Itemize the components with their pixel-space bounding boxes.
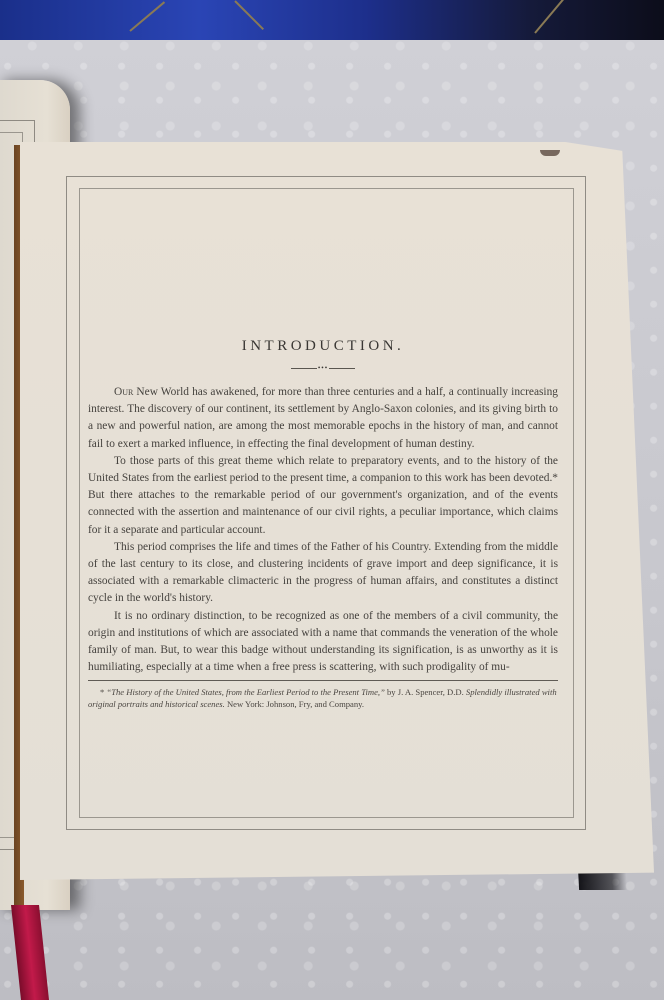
paragraph-2: To those parts of this great theme which…	[88, 453, 558, 539]
footnote-rule	[88, 680, 558, 681]
ornament-line-right	[329, 368, 355, 369]
paragraph-4: It is no ordinary distinction, to be rec…	[88, 608, 558, 677]
footnote-book-title: “The History of the United States, from …	[106, 687, 384, 697]
paragraph-1: Our New World has awakened, for more tha…	[88, 384, 558, 453]
page-notch	[540, 150, 560, 156]
page-content: INTRODUCTION. ••• Our New World has awak…	[88, 338, 558, 710]
footnote-publisher: New York: Johnson, Fry, and Company.	[225, 699, 364, 709]
chapter-title: INTRODUCTION.	[88, 338, 558, 355]
paragraph-1-lead: Our	[114, 386, 133, 398]
ornament-dots-icon: •••	[317, 365, 329, 372]
footnote-author: by J. A. Spencer, D.D.	[385, 687, 466, 697]
title-ornament: •••	[88, 365, 558, 372]
blue-blanket	[0, 0, 664, 40]
footnote: * “The History of the United States, fro…	[88, 686, 558, 710]
paragraph-1-text: New World has awakened, for more than th…	[88, 386, 558, 450]
paragraph-3: This period comprises the life and times…	[88, 539, 558, 608]
ornament-line-left	[291, 368, 317, 369]
